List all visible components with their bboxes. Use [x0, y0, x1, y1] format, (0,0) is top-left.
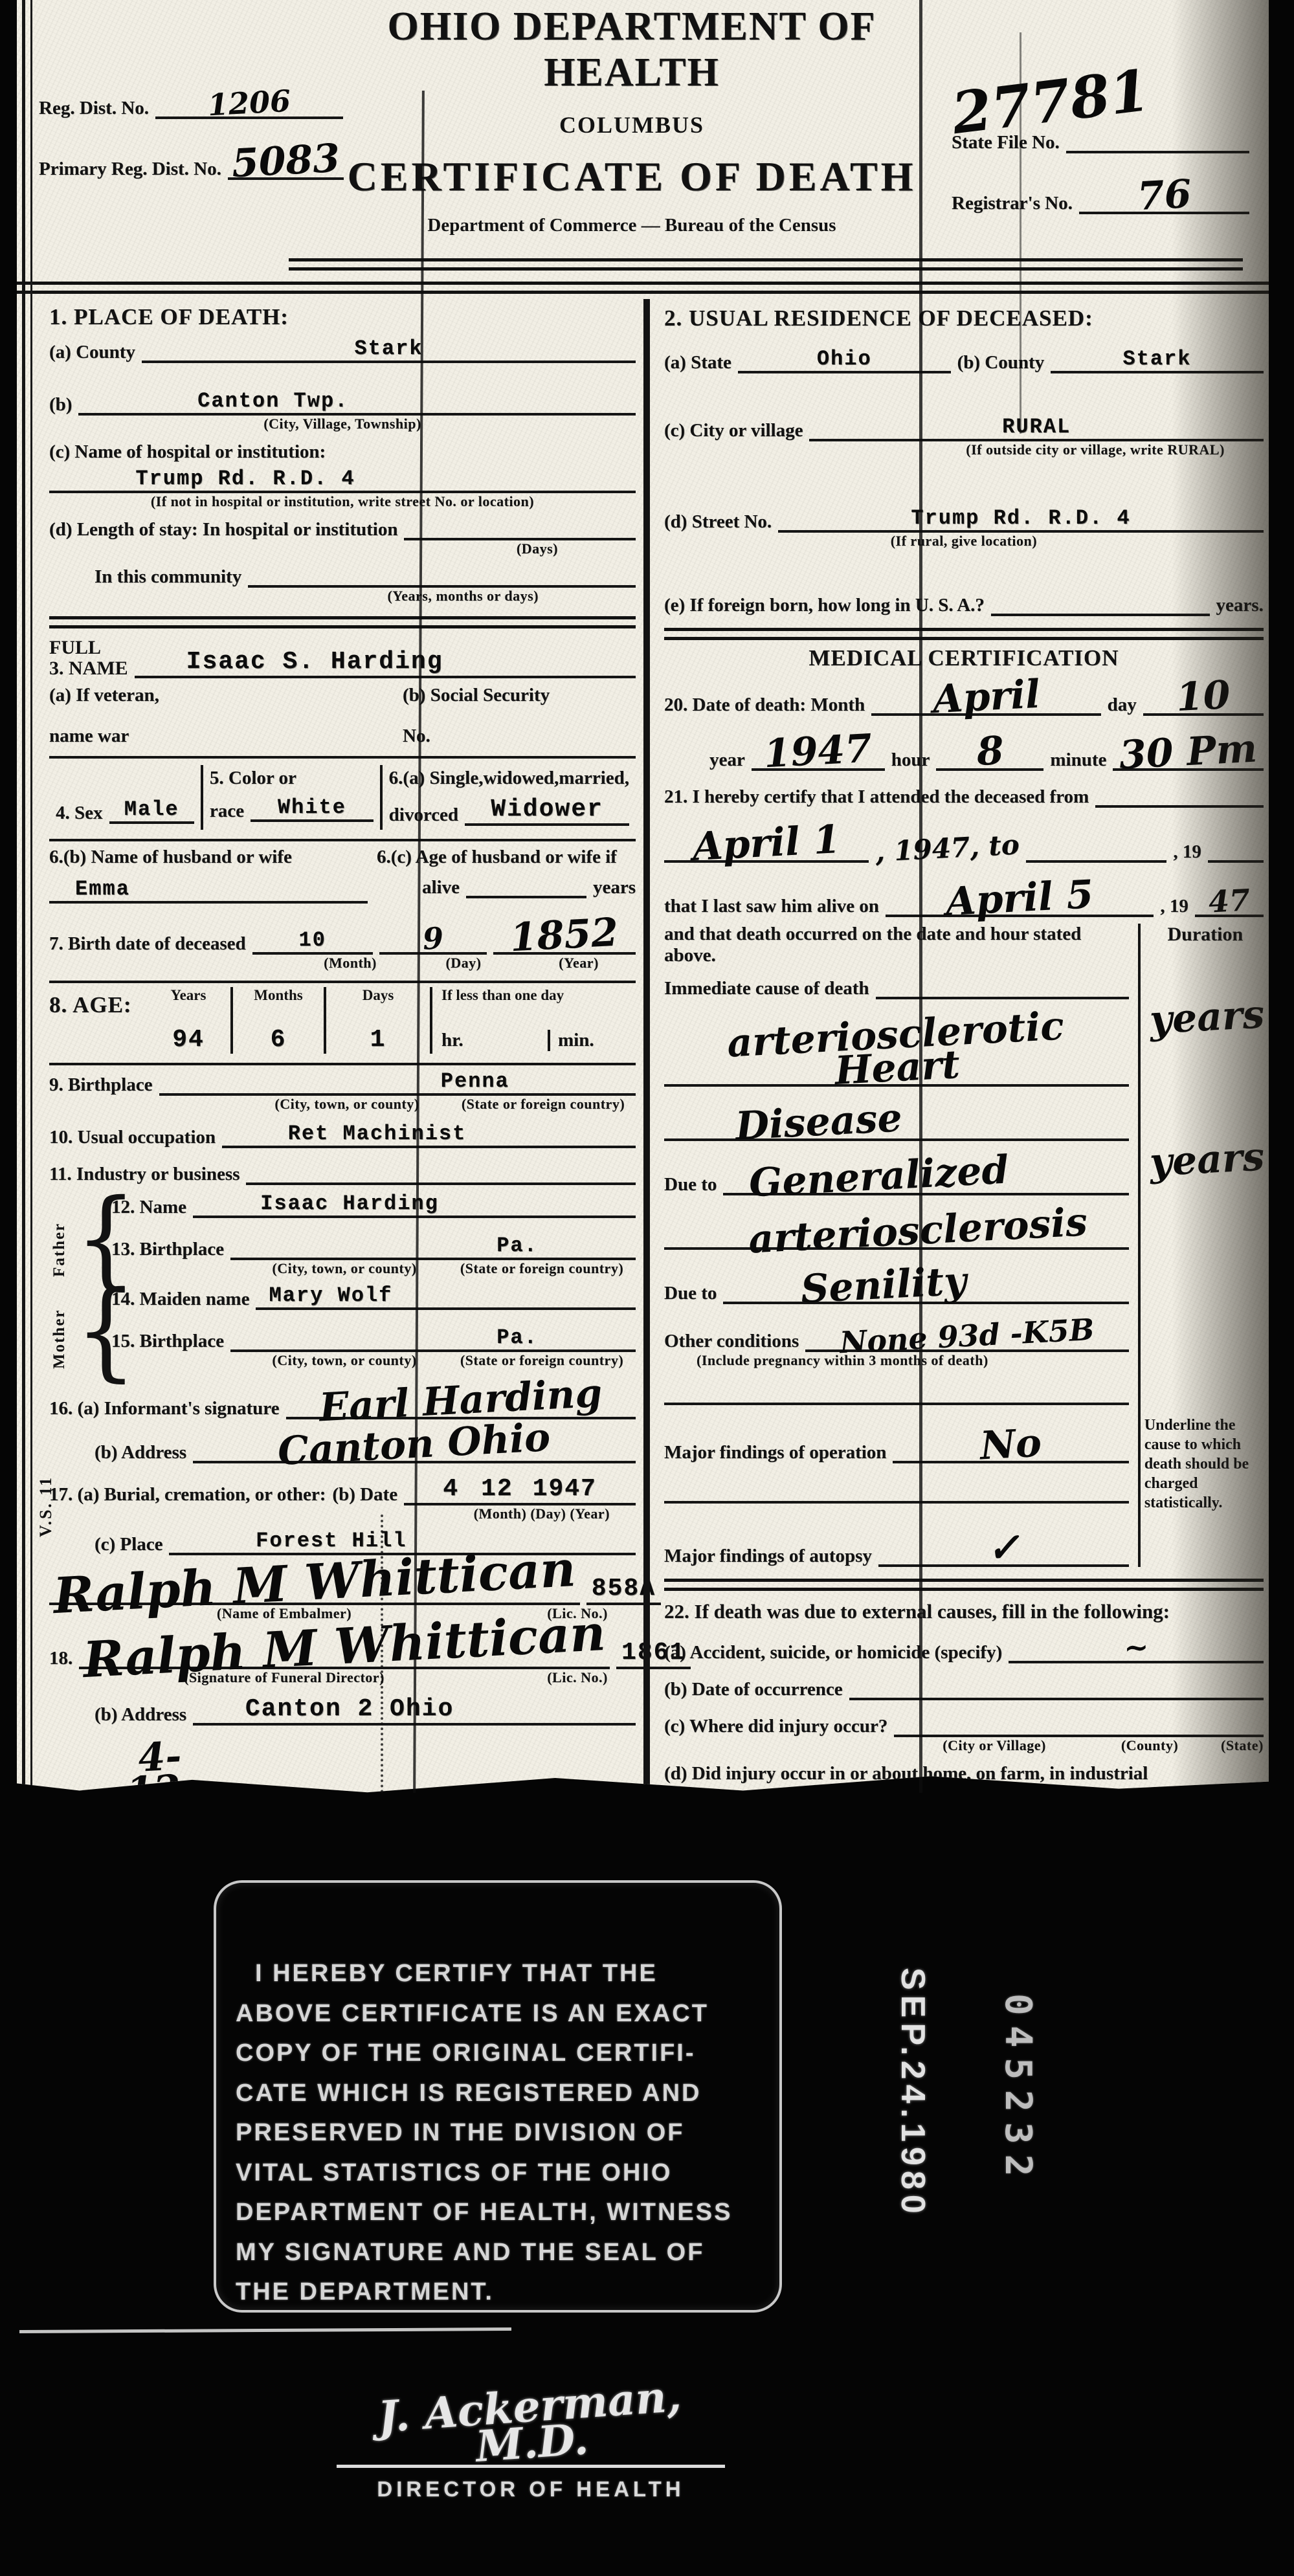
received-sub: (Date received local registrar)	[49, 1843, 321, 1860]
length-stay-fill	[404, 533, 636, 540]
place-of-death-heading: 1. PLACE OF DEATH:	[49, 304, 636, 330]
burial-place-label: (c) Place	[49, 1534, 162, 1555]
age-years-value: 94	[146, 1026, 230, 1054]
how-injury-label: (e) How did injury occur?	[948, 1843, 1155, 1865]
city-village-label: (c) City or village	[664, 420, 803, 441]
age-hr-label: hr.	[441, 1030, 548, 1051]
stamp-line: ABOVE CERTIFICATE IS AN EXACT	[236, 1994, 779, 2034]
occupation-value: Ret Machinist	[288, 1122, 467, 1146]
rule-after-age	[49, 1063, 636, 1065]
due-to-1-value: Generalized	[748, 1154, 1010, 1201]
registrar-sig-fill: Marjorie Leslie	[254, 1804, 636, 1843]
father-sub-state: (State or foreign country)	[448, 1260, 636, 1277]
operation-fill: No	[893, 1428, 1128, 1463]
injury-where-label: (c) Where did injury occur?	[664, 1716, 887, 1737]
spouse-age-fill	[466, 891, 586, 898]
certify-line1: 21. I hereby certify that I attended the…	[664, 786, 1089, 808]
due-to-1-fill: Generalized	[723, 1160, 1128, 1195]
color-value: White	[278, 795, 346, 819]
age-table: 8. AGE: Years 94 Months 6 Days 1 If les	[49, 987, 636, 1054]
fd-address-label: (b) Address	[49, 1704, 186, 1726]
birthplace-label: 9. Birthplace	[49, 1074, 153, 1096]
residence-state-value: Ohio	[817, 347, 872, 371]
reg-dist-value: 1206	[207, 89, 291, 118]
immediate-cause-fill1: arteriosclerotic Heart	[664, 1019, 1129, 1087]
reg-dist-fill: 1206	[155, 91, 343, 119]
due-to-2-value: Senility	[800, 1265, 967, 1306]
birth-day-fill: 9	[379, 926, 487, 955]
date-signed-fill: April 14 47	[1098, 2003, 1264, 2071]
immediate-cause-value2: Disease	[735, 1102, 903, 1143]
sex-value: Male	[124, 797, 179, 821]
while-at-work-fill	[840, 1862, 941, 1865]
registrar-signature: Marjorie Leslie	[257, 1794, 632, 1851]
ss-label-2: No.	[403, 726, 636, 747]
stamp-line: COPY OF THE ORIGINAL CERTIFI-	[236, 2034, 779, 2074]
age-days-value: 1	[326, 1026, 430, 1054]
marital-label-2: divorced	[389, 805, 458, 826]
occupation-label: 10. Usual occupation	[49, 1127, 216, 1148]
last-saw-fill: April 5	[886, 882, 1154, 917]
street-value: Trump Rd. R.D. 4	[911, 506, 1130, 530]
residence-state-label: (a) State	[664, 352, 731, 373]
immediate-cause-value1: arteriosclerotic Heart	[667, 1007, 1126, 1097]
scan-fold-line-right	[919, 0, 922, 1793]
last-saw-value: April 5	[945, 878, 1095, 919]
sex-label: 4. Sex	[56, 803, 103, 824]
spouse-value: Emma	[75, 877, 130, 901]
certify-mid: , 1947, to	[875, 833, 1020, 863]
death-month-value: April	[931, 678, 1040, 717]
immediate-cause-fill2: Disease	[664, 1106, 1129, 1141]
spouse-age-label: 6.(c) Age of husband or wife if	[377, 847, 636, 868]
scan-right-shadow	[1172, 0, 1269, 1794]
burial-month: 4	[443, 1475, 459, 1503]
father-bp-fill: Pa.	[230, 1234, 636, 1260]
township-label: (b)	[49, 394, 72, 416]
stamp-line: THE DEPARTMENT.	[236, 2272, 779, 2313]
informant-label: 16. (a) Informant's signature	[49, 1398, 280, 1419]
embalmer-fill: Ralph M Whittican	[49, 1562, 580, 1605]
length-stay-sub: (Days)	[49, 540, 636, 557]
fd-address-value: Canton 2 Ohio	[245, 1695, 454, 1723]
death-year-label: year	[664, 749, 745, 771]
registrar-b-label: (b)	[225, 1821, 247, 1843]
cause-main: and that death occurred on the date and …	[664, 924, 1138, 1567]
death-year-fill: 1947	[752, 735, 885, 771]
birth-year-fill: 1852	[493, 919, 636, 955]
immediate-cause-fill0	[876, 992, 1129, 999]
received-label: 19. (a)	[49, 1821, 99, 1843]
header-titles: OHIO DEPARTMENT OF HEALTH COLUMBUS CERTI…	[340, 4, 923, 236]
community-fill	[248, 580, 636, 588]
columbus-subtitle: COLUMBUS	[340, 111, 923, 139]
father-name-value: Isaac Harding	[260, 1192, 439, 1216]
state-file-value: 27781	[950, 66, 1152, 139]
burial-year: 1947	[533, 1475, 597, 1503]
due-to-2-fill: Senility	[723, 1269, 1128, 1304]
header-rule-full	[17, 282, 1269, 294]
death-date-label: 20. Date of death: Month	[664, 694, 865, 716]
injury-place-label2: place, in public place?	[664, 1796, 887, 1817]
other-conditions-label: Other conditions	[664, 1331, 799, 1352]
blank-fill-1	[664, 1397, 1129, 1405]
full-word: FULL	[49, 638, 128, 658]
scan-fold-dotted	[381, 1515, 383, 1793]
injury-place-sub: (Specify type of place)	[664, 1817, 1264, 1834]
birthplace-sub-city: (City, town, or county)	[243, 1096, 451, 1113]
county-fill: Stark	[142, 337, 636, 363]
father-group: Father { 12. Name Isaac Harding 13. Birt…	[49, 1192, 636, 1277]
certificate-paper: Reg. Dist. No. 1206 Primary Reg. Dist. N…	[17, 0, 1269, 1794]
industry-fill	[246, 1177, 636, 1185]
due-to-1b-value: arteriosclerosis	[748, 1206, 1088, 1256]
age-months-value: 6	[233, 1026, 324, 1054]
received-date-stamp: SEP.24.1980	[893, 1968, 932, 2219]
burial-day: 12	[481, 1475, 513, 1503]
city-village-value: RURAL	[1002, 415, 1071, 439]
informant-fill: Earl Harding	[286, 1384, 636, 1419]
county-label: (a) County	[49, 342, 135, 363]
autopsy-fill: ✓	[878, 1532, 1129, 1567]
birth-sub-day: (Day)	[405, 955, 522, 972]
veteran-label-1: (a) If veteran,	[49, 685, 403, 706]
age-col-days: Days	[326, 987, 430, 1004]
age-less-col: If less than one day hr. min.	[432, 987, 636, 1054]
bureau-line: Department of Commerce — Bureau of the C…	[340, 215, 923, 236]
mother-group: Mother { 14. Maiden name Mary Wolf 15. B…	[49, 1283, 636, 1369]
rule-after-sex	[49, 839, 636, 841]
burial-date-label: (b) Date	[332, 1484, 397, 1505]
age-col-less: If less than one day	[441, 987, 636, 1004]
mother-side-label: Mother	[50, 1287, 69, 1369]
full-name-label: FULL 3. NAME	[49, 638, 128, 678]
mother-brace: {	[75, 1269, 137, 1392]
sex-cell: 4. Sex Male	[49, 765, 203, 830]
father-side-label: Father	[50, 1195, 69, 1277]
autopsy-value: ✓	[987, 1531, 1021, 1566]
due-to-1-label: Due to	[664, 1174, 717, 1195]
rule-after-birth	[49, 981, 636, 983]
father-name-fill: Isaac Harding	[193, 1192, 636, 1218]
director-signature: J. Ackerman, M.D.	[335, 2375, 727, 2474]
stamp-line: PRESERVED IN THE DIVISION OF	[236, 2113, 779, 2153]
registrar-no-label: Registrar's No.	[952, 193, 1073, 214]
county-value: Stark	[354, 337, 423, 361]
primary-reg-label: Primary Reg. Dist. No.	[39, 159, 221, 180]
burial-label: 17. (a) Burial, cremation, or other:	[49, 1484, 326, 1505]
certification-stamp-box: I HEREBY CERTIFY THAT THE ABOVE CERTIFIC…	[214, 1880, 782, 2313]
rule-after-veteran	[49, 756, 636, 759]
operation-value: No	[979, 1427, 1042, 1463]
ss-block: (b) Social Security No.	[403, 685, 636, 747]
physician-signature-fill: E J Darius, M D	[777, 1904, 1264, 1944]
informant-address-label: (b) Address	[49, 1442, 186, 1463]
serial-number: 045232	[997, 1993, 1039, 2186]
scanned-death-certificate: Reg. Dist. No. 1206 Primary Reg. Dist. N…	[0, 0, 1294, 2576]
rule-after-place	[49, 616, 636, 628]
name-word: 3. NAME	[49, 658, 128, 679]
stamp-line: DEPARTMENT OF HEALTH, WITNESS	[236, 2193, 779, 2233]
director-signature-block: J. Ackerman, M.D. DIRECTOR OF HEALTH	[337, 2388, 725, 2502]
date-signed-value: April 14 47	[1101, 1999, 1260, 2072]
other-conditions-value: None 93d -K5B	[839, 1317, 1095, 1356]
physician-signature-value: E J Darius, M D	[823, 1893, 1217, 1952]
fd-fill: Ralph M Whittican	[79, 1626, 610, 1669]
hospital-sub: (If not in hospital or institution, writ…	[49, 493, 636, 510]
occupation-fill: Ret Machinist	[222, 1122, 636, 1148]
veteran-label-2: name war	[49, 726, 403, 747]
community-sub: (Years, months or days)	[49, 588, 636, 605]
birth-month-value: 10	[298, 928, 326, 952]
age-months-col: Months 6	[233, 987, 326, 1054]
how-injury-fill	[1161, 1857, 1264, 1865]
while-at-work-label: While at work?	[664, 1843, 834, 1865]
township-value: Canton Twp.	[197, 389, 348, 413]
color-label-2: race	[210, 801, 244, 822]
primary-reg-value: 5083	[231, 142, 340, 181]
death-hour-label: hour	[891, 749, 930, 771]
injury-sub-city: (City or Village)	[910, 1737, 1078, 1754]
header-rule-partial	[289, 258, 1243, 271]
certification-stamp-text: I HEREBY CERTIFY THAT THE ABOVE CERTIFIC…	[214, 1954, 779, 2313]
received-value: 4-12-47	[108, 1738, 215, 1843]
sex-color-marital-row: 4. Sex Male 5. Color or race White 6.(a)…	[49, 765, 636, 830]
birthdate-label: 7. Birth date of deceased	[49, 933, 246, 955]
registrar-sub: (Registrar's signature)	[321, 1843, 636, 1860]
death-day-label: day	[1108, 694, 1137, 716]
fd-number: 18.	[49, 1648, 73, 1669]
operation-label: Major findings of operation	[664, 1442, 886, 1463]
death-minute-label: minute	[1050, 749, 1106, 771]
certify-from-value: April 1	[692, 823, 842, 864]
hospital-label: (c) Name of hospital or institution:	[49, 441, 636, 463]
director-title: DIRECTOR OF HEALTH	[337, 2477, 725, 2502]
death-month-fill: April	[871, 681, 1101, 716]
blank-fill-2	[664, 1496, 1129, 1504]
stamp-line: CATE WHICH IS REGISTERED AND	[236, 2074, 779, 2114]
birthplace-value: Penna	[441, 1069, 509, 1093]
department-title: OHIO DEPARTMENT OF HEALTH	[340, 4, 923, 96]
spouse-fill: Emma	[49, 877, 368, 904]
burial-date-fill: 4 12 1947	[404, 1475, 636, 1505]
certify-to-fill	[1026, 855, 1167, 863]
mother-bp-value: Pa.	[496, 1326, 538, 1349]
township-sub: (City, Village, Township)	[49, 416, 636, 432]
age-years-col: Years 94	[146, 987, 233, 1054]
community-label: In this community	[49, 566, 241, 588]
veteran-block: (a) If veteran, name war	[49, 685, 403, 747]
marital-fill: Widower	[465, 795, 629, 826]
informant-signature: Earl Harding	[318, 1377, 603, 1425]
hospital-value: Trump Rd. R.D. 4	[135, 467, 355, 491]
accident-label: (a) Accident, suicide, or homicide (spec…	[664, 1642, 1002, 1663]
column-divider	[643, 299, 650, 1794]
age-col-months: Months	[233, 987, 324, 1004]
header-left-registration: Reg. Dist. No. 1206 Primary Reg. Dist. N…	[39, 91, 343, 180]
death-year-value: 1947	[763, 733, 873, 772]
accident-value: ~	[1123, 1634, 1150, 1661]
foreign-born-label: (e) If foreign born, how long in U. S. A…	[664, 595, 985, 616]
ss-label-1: (b) Social Security	[403, 685, 636, 706]
immediate-cause-label: Immediate cause of death	[664, 978, 869, 999]
full-name-value: Isaac S. Harding	[186, 648, 443, 676]
left-column: 1. PLACE OF DEATH: (a) County Stark (b) …	[32, 299, 643, 1794]
burial-sub: (Month) (Day) (Year)	[49, 1505, 636, 1522]
age-min-label: min.	[548, 1030, 636, 1051]
birthplace-sub-state: (State or foreign country)	[451, 1096, 636, 1113]
occurrence-date-label: (b) Date of occurrence	[664, 1679, 843, 1700]
birth-month-fill: 10	[252, 928, 373, 955]
mother-sub-state: (State or foreign country)	[448, 1352, 636, 1369]
mother-bp-fill: Pa.	[230, 1326, 636, 1352]
mother-name-fill: Mary Wolf	[256, 1283, 636, 1310]
vs-form-number: V.S. 11	[36, 1476, 56, 1537]
certify-from-fill: April 1	[664, 827, 869, 863]
other-conditions-fill: None 93d -K5B	[805, 1324, 1129, 1352]
stamp-line: VITAL STATISTICS OF THE OHIO	[236, 2153, 779, 2193]
death-hour-fill: 8	[936, 735, 1043, 771]
mother-name-value: Mary Wolf	[269, 1283, 392, 1307]
primary-reg-fill: 5083	[228, 145, 344, 180]
birth-sub-month: (Month)	[295, 955, 405, 972]
father-bp-value: Pa.	[496, 1234, 538, 1258]
length-stay-label: (d) Length of stay: In hospital or insti…	[49, 519, 397, 540]
scan-scratch	[19, 2327, 511, 2333]
color-fill: White	[251, 795, 374, 822]
age-label: 8. AGE:	[49, 987, 146, 1054]
fd-lic-sub: (Lic. No.)	[519, 1669, 636, 1686]
injury-place-fill	[893, 1810, 1264, 1817]
spouse-age-block: 6.(c) Age of husband or wife if alive ye…	[377, 847, 636, 904]
age-col-years: Years	[146, 987, 230, 1004]
birth-day-value: 9	[422, 926, 444, 952]
residence-county-label: (b) County	[957, 352, 1045, 373]
last-saw-label: that I last saw him alive on	[664, 896, 879, 917]
street-label: (d) Street No.	[664, 511, 772, 533]
full-name-fill: Isaac S. Harding	[135, 648, 636, 678]
township-fill: Canton Twp.	[78, 389, 636, 416]
color-label-1: 5. Color or	[210, 768, 374, 789]
certificate-title: CERTIFICATE OF DEATH	[340, 153, 923, 201]
stamp-line: I HEREBY CERTIFY THAT THE	[236, 1954, 779, 1994]
autopsy-label: Major findings of autopsy	[664, 1546, 872, 1567]
death-hour-value: 8	[976, 735, 1004, 769]
hospital-fill: Trump Rd. R.D. 4	[49, 467, 636, 493]
color-cell: 5. Color or race White	[203, 765, 383, 830]
marital-value: Widower	[491, 795, 603, 823]
scan-fold-line-header	[1020, 32, 1021, 434]
header: Reg. Dist. No. 1206 Primary Reg. Dist. N…	[17, 0, 1269, 299]
received-fill: 4-12-47	[106, 1741, 218, 1843]
birthplace-fill: Penna	[159, 1069, 636, 1096]
spouse-label: 6.(b) Name of husband or wife	[49, 847, 368, 868]
stamp-line: MY SIGNATURE AND THE SEAL OF	[236, 2233, 779, 2273]
reg-dist-label: Reg. Dist. No.	[39, 98, 149, 119]
birth-year-value: 1852	[509, 916, 619, 955]
due-to-1b-fill: arteriosclerosis	[664, 1215, 1129, 1250]
spouse-age-years: years	[593, 877, 636, 898]
sex-fill: Male	[109, 797, 194, 824]
marital-label-1: 6.(a) Single,widowed,married,	[389, 768, 629, 789]
spouse-block: 6.(b) Name of husband or wife Emma	[49, 847, 368, 904]
due-to-2-label: Due to	[664, 1283, 717, 1304]
death-occurred-line: and that death occurred on the date and …	[664, 924, 1129, 966]
